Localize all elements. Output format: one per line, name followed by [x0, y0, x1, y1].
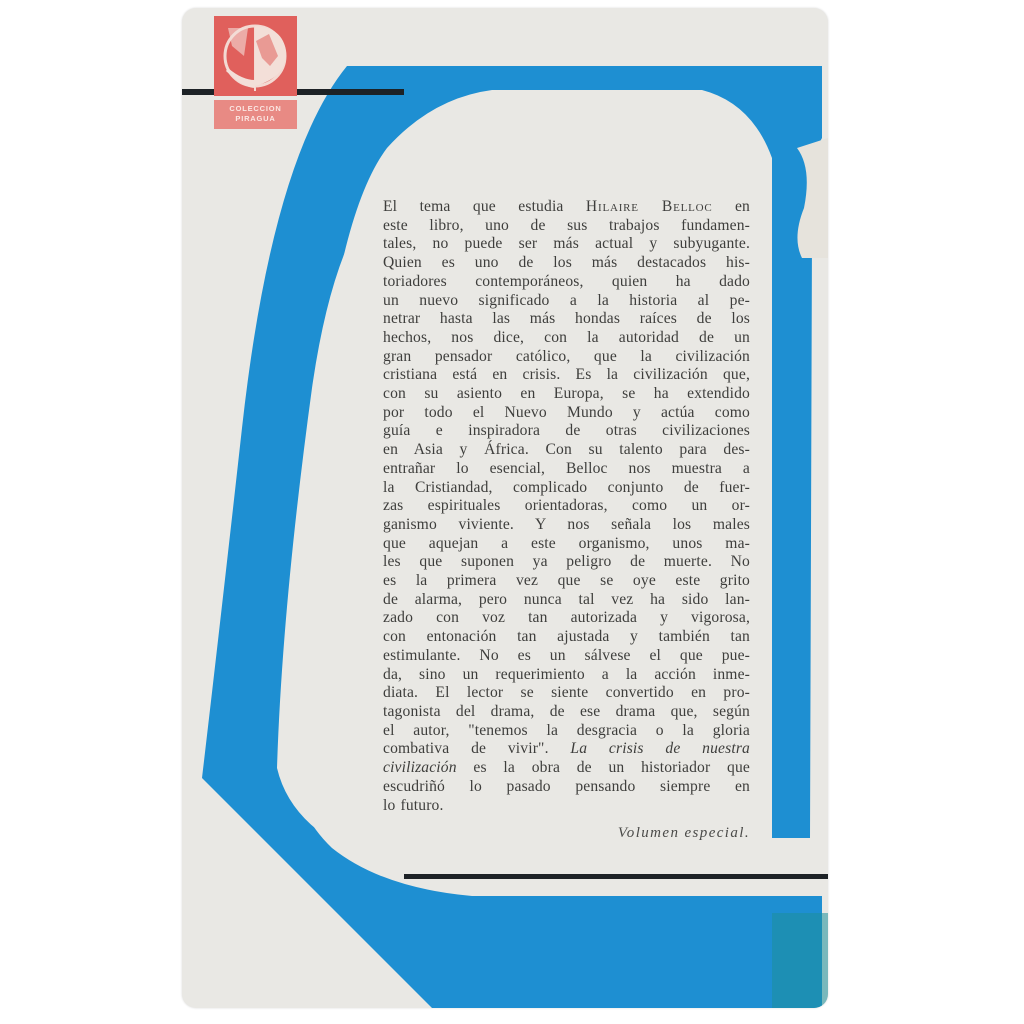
synopsis-line: el autor, "tenemos la desgracia o la glo… [383, 722, 750, 741]
synopsis-line: civilización es la obra de un historiado… [383, 759, 750, 778]
synopsis-line: diata. El lector se siente convertido en… [383, 684, 750, 703]
synopsis-line: escudriñó lo pasado pensando siempre en [383, 778, 750, 797]
synopsis-line: netrar hasta las más hondas raíces de lo… [383, 310, 750, 329]
synopsis-line: ganismo viviente. Y nos señala los males [383, 516, 750, 535]
synopsis-line: hechos, nos dice, con la autoridad de un [383, 329, 750, 348]
synopsis-line: da, sino un requerimiento a la acción in… [383, 666, 750, 685]
synopsis-line: que aquejan a este organismo, unos ma- [383, 535, 750, 554]
synopsis-line: zas espirituales orientadoras, como un o… [383, 497, 750, 516]
teal-tint [772, 913, 828, 1008]
edition-note: Volumen especial. [562, 825, 750, 842]
synopsis-line: la Cristiandad, complicado conjunto de f… [383, 479, 750, 498]
synopsis-line: con entonación tan ajustada y también ta… [383, 628, 750, 647]
book-title-italic: La crisis de nuestra [570, 740, 750, 757]
synopsis-line: toriadores contemporáneos, quien ha dado [383, 273, 750, 292]
synopsis-line: combativa de vivir". La crisis de nuestr… [383, 740, 750, 759]
synopsis-line: con su asiento en Europa, se ha extendid… [383, 385, 750, 404]
synopsis-line: zado con voz tan autorizada y vigorosa, [383, 609, 750, 628]
synopsis-line: estimulante. No es un sálvese el que pue… [383, 647, 750, 666]
collection-label: COLECCION PIRAGUA [214, 100, 297, 129]
publisher-logo: COLECCION PIRAGUA [214, 16, 297, 129]
synopsis-line: es la primera vez que se oye este grito [383, 572, 750, 591]
synopsis-line: en Asia y África. Con su talento para de… [383, 441, 750, 460]
collection-line-2: PIRAGUA [214, 114, 297, 124]
boat-emblem-icon [214, 16, 297, 96]
synopsis-line: Quien es uno de los más destacados his- [383, 254, 750, 273]
synopsis-line: tagonista del drama, de ese drama que, s… [383, 703, 750, 722]
synopsis-line: gran pensador católico, que la civilizac… [383, 348, 750, 367]
bottom-rule [404, 874, 828, 879]
synopsis-line: cristiana está en crisis. Es la civiliza… [383, 366, 750, 385]
synopsis-line: entrañar lo esencial, Belloc nos muestra… [383, 460, 750, 479]
synopsis-text: El tema que estudia Hilaire Belloc enest… [383, 198, 750, 815]
synopsis-line: lo futuro. [383, 797, 750, 816]
synopsis-line: guía e inspiradora de otras civilizacion… [383, 422, 750, 441]
synopsis-line: El tema que estudia Hilaire Belloc en [383, 198, 750, 217]
author-name: Hilaire Belloc [586, 198, 713, 215]
book-back-cover: COLECCION PIRAGUA El tema que estudia Hi… [182, 8, 828, 1008]
book-title-italic: civilización [383, 759, 457, 776]
synopsis-line: este libro, uno de sus trabajos fundamen… [383, 217, 750, 236]
right-blue-stripe [772, 158, 784, 838]
synopsis-line: les que suponen ya peligro de muerte. No [383, 553, 750, 572]
collection-line-1: COLECCION [214, 104, 297, 114]
synopsis-line: tales, no puede ser más actual y subyuga… [383, 235, 750, 254]
synopsis-line: un nuevo significado a la historia al pe… [383, 292, 750, 311]
synopsis-line: por todo el Nuevo Mundo y actúa como [383, 404, 750, 423]
synopsis-line: de alarma, pero nunca tal vez ha sido la… [383, 591, 750, 610]
